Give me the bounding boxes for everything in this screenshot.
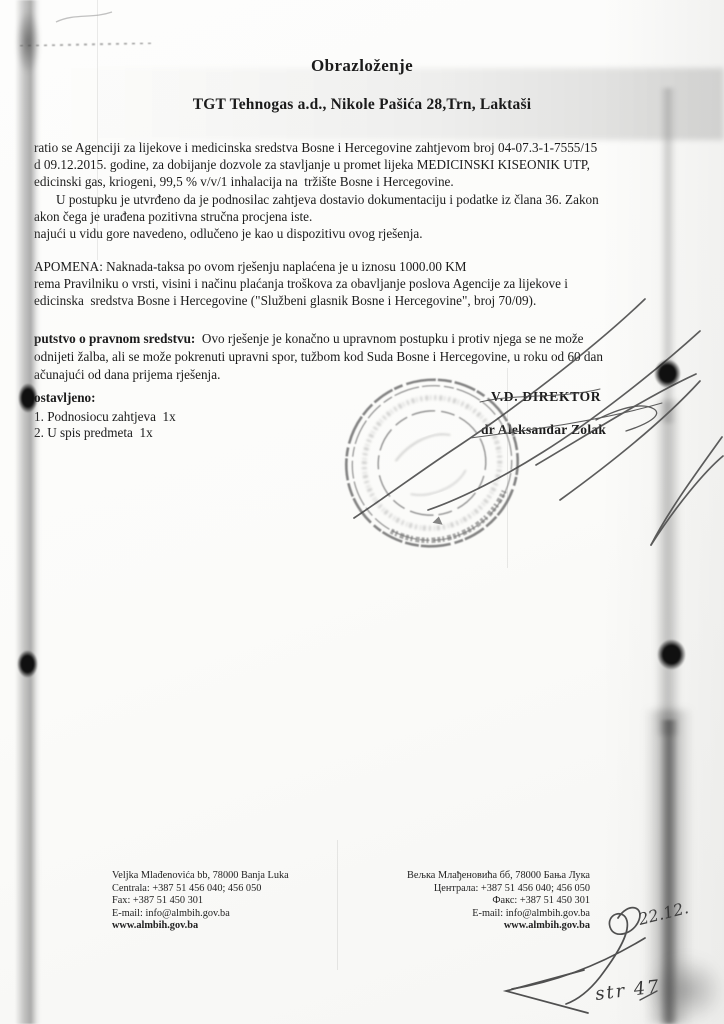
scan-blot <box>17 650 38 678</box>
scan-blot <box>654 359 681 388</box>
scan-streak-right <box>655 400 681 735</box>
scan-smudge-bottom-right <box>648 956 724 1024</box>
scan-band-left-dark-top <box>16 10 40 74</box>
scanned-document-page: Obrazloženje TGT Tehnogas a.d., Nikole P… <box>0 0 724 1024</box>
scan-band-left <box>15 0 41 1024</box>
scan-blot <box>657 639 686 670</box>
ink-overlay: 22.12. str 47 <box>0 0 724 1024</box>
scan-blot <box>18 383 38 413</box>
